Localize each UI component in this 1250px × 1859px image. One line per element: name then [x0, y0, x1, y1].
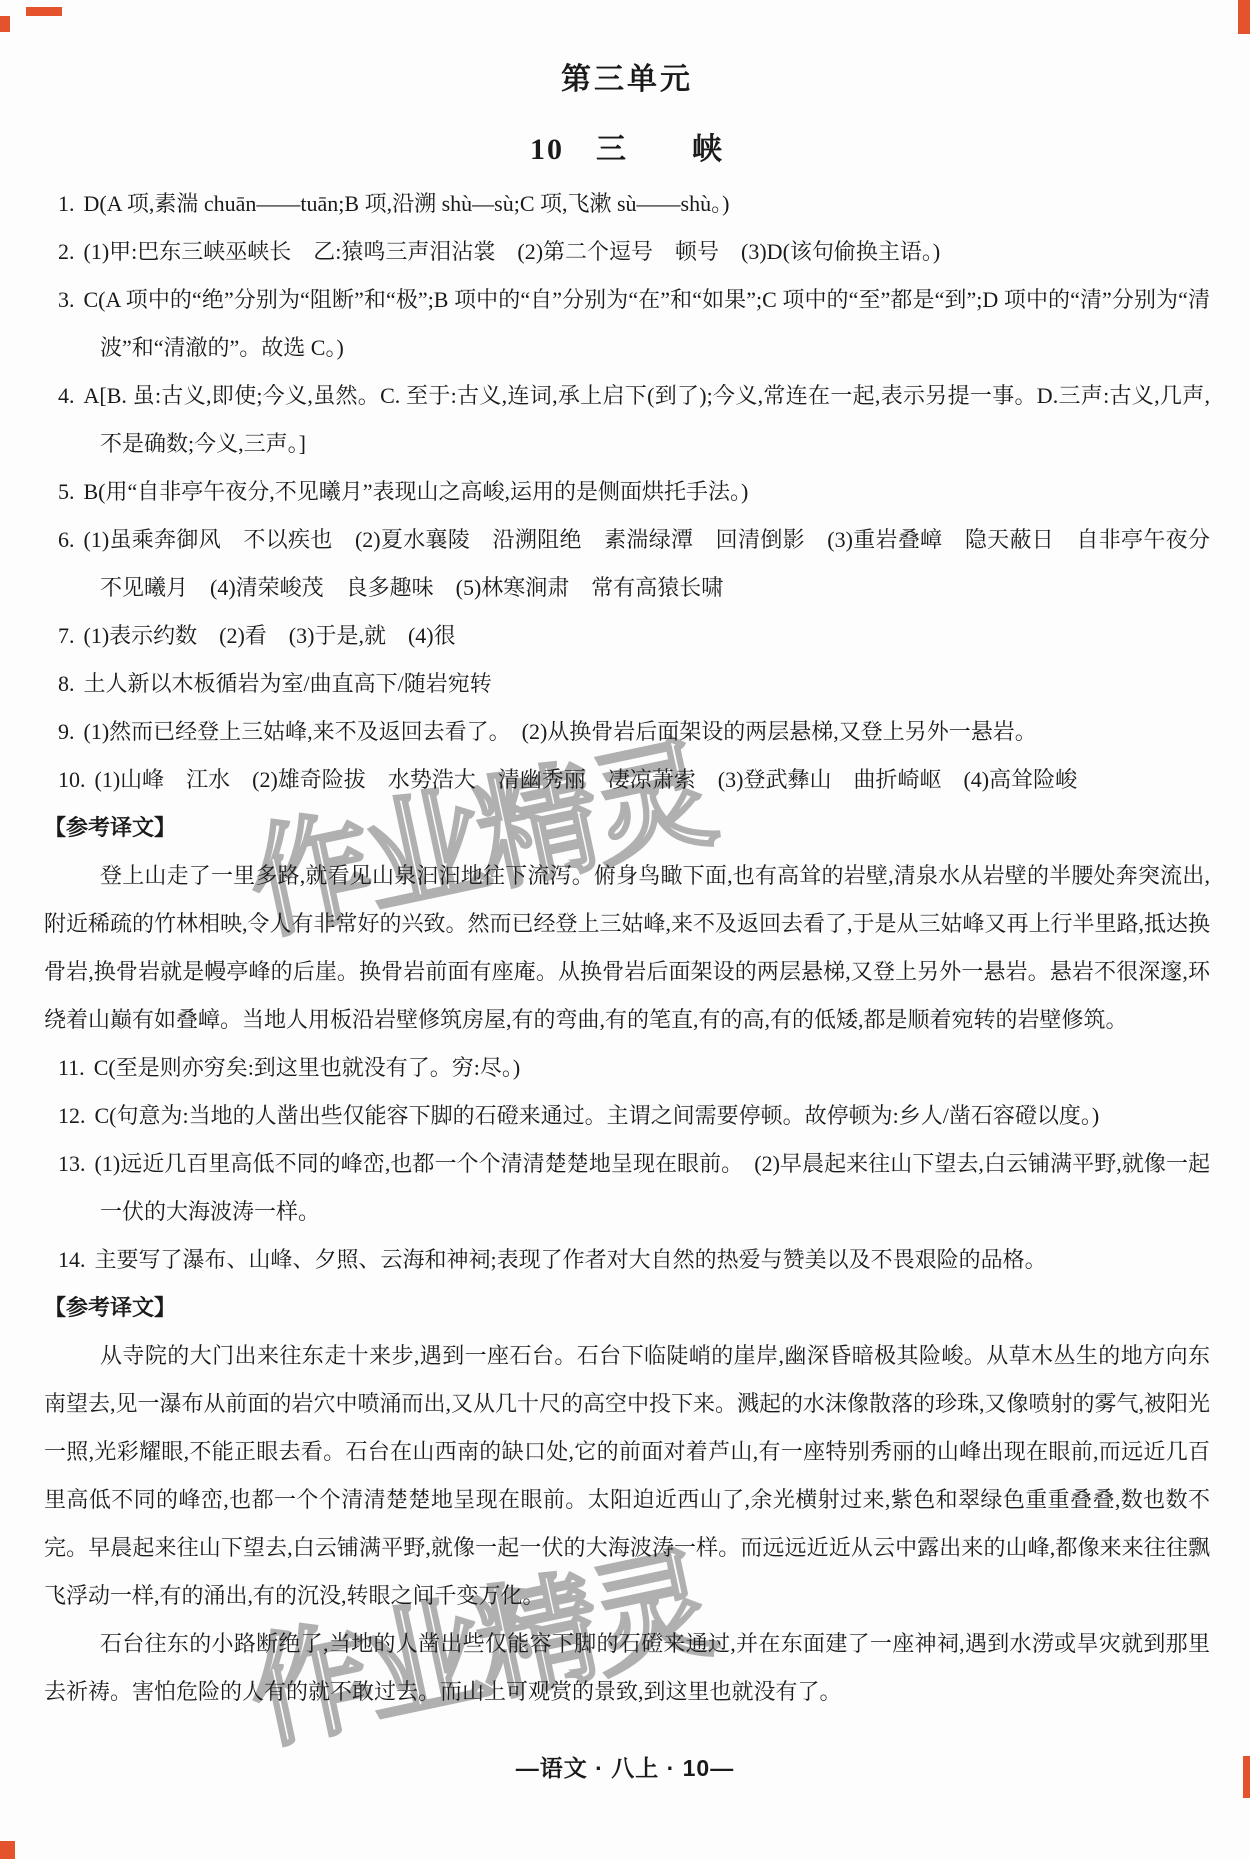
answer-text: (1)虽乘奔御风 不以疾也 (2)夏水襄陵 沿溯阻绝 素湍绿潭 回清倒影 (3)… [84, 527, 1233, 600]
answer-number: 11. [58, 1055, 85, 1080]
translation-heading: 【参考译文】 [44, 1284, 1210, 1332]
translation-heading: 【参考译文】 [44, 804, 1210, 852]
answer-number: 14. [58, 1247, 86, 1272]
answer-text: (1)远近几百里高低不同的峰峦,也都一个个清清楚楚地呈现在眼前。 (2)早晨起来… [95, 1151, 1211, 1224]
crop-mark-left-edge-icon [0, 16, 10, 32]
page-content: 第三单元 10 三 峡 1.D(A 项,素湍 chuān——tuān;B 项,沿… [0, 0, 1250, 1716]
answer-item: 2.(1)甲:巴东三峡巫峡长 乙:猿鸣三声泪沾裳 (2)第二个逗号 顿号 (3)… [58, 228, 1210, 276]
answer-number: 10. [58, 767, 86, 792]
lesson-title: 10 三 峡 [44, 98, 1210, 168]
translation-paragraph: 登上山走了一里多路,就看见山泉汩汩地往下流泻。俯身鸟瞰下面,也有高耸的岩壁,清泉… [44, 852, 1210, 1044]
answer-item: 1.D(A 项,素湍 chuān——tuān;B 项,沿溯 shù—sù;C 项… [58, 180, 1210, 228]
answer-text: (1)表示约数 (2)看 (3)于是,就 (4)很 [84, 623, 456, 648]
crop-mark-top-right-icon [1238, 0, 1250, 34]
answer-text: C(至是则亦穷矣:到这里也就没有了。穷:尽。) [94, 1055, 521, 1080]
answer-text: C(A 项中的“绝”分别为“阻断”和“极”;B 项中的“自”分别为“在”和“如果… [84, 287, 1211, 360]
answer-text: (1)甲:巴东三峡巫峡长 乙:猿鸣三声泪沾裳 (2)第二个逗号 顿号 (3)D(… [84, 239, 941, 264]
answer-item: 8.土人新以木板循岩为室/曲直高下/随岩宛转 [58, 660, 1210, 708]
answer-number: 12. [58, 1103, 86, 1128]
answer-item: 13.(1)远近几百里高低不同的峰峦,也都一个个清清楚楚地呈现在眼前。 (2)早… [58, 1140, 1210, 1236]
answer-text: D(A 项,素湍 chuān——tuān;B 项,沿溯 shù—sù;C 项,飞… [84, 191, 730, 216]
answer-text: A[B. 虽:古义,即使;今义,虽然。C. 至于:古义,连词,承上启下(到了);… [84, 383, 1211, 456]
answer-text: C(句意为:当地的人凿出些仅能容下脚的石磴来通过。主谓之间需要停顿。故停顿为:乡… [95, 1103, 1100, 1128]
crop-mark-bottom-right-icon [1243, 1756, 1250, 1798]
answer-number: 5. [58, 479, 75, 504]
answer-item: 10.(1)山峰 江水 (2)雄奇险拔 水势浩大 清幽秀丽 凄凉萧索 (3)登武… [58, 756, 1210, 804]
answer-number: 13. [58, 1151, 86, 1176]
answer-number: 9. [58, 719, 75, 744]
answer-text: B(用“自非亭午夜分,不见曦月”表现山之高峻,运用的是侧面烘托手法。) [84, 479, 749, 504]
answer-text: (1)山峰 江水 (2)雄奇险拔 水势浩大 清幽秀丽 凄凉萧索 (3)登武彝山 … [95, 767, 1078, 792]
translation-paragraph: 石台往东的小路断绝了,当地的人凿出些仅能容下脚的石磴来通过,并在东面建了一座神祠… [44, 1620, 1210, 1716]
crop-mark-bottom-left-icon [0, 1841, 15, 1859]
unit-title: 第三单元 [44, 0, 1210, 98]
answer-item: 12.C(句意为:当地的人凿出些仅能容下脚的石磴来通过。主谓之间需要停顿。故停顿… [58, 1092, 1210, 1140]
answer-item: 14.主要写了瀑布、山峰、夕照、云海和神祠;表现了作者对大自然的热爱与赞美以及不… [58, 1236, 1210, 1284]
answer-item: 9.(1)然而已经登上三姑峰,来不及返回去看了。 (2)从换骨岩后面架设的两层悬… [58, 708, 1210, 756]
answer-number: 1. [58, 191, 75, 216]
answer-text: (1)然而已经登上三姑峰,来不及返回去看了。 (2)从换骨岩后面架设的两层悬梯,… [84, 719, 1037, 744]
answer-number: 6. [58, 527, 75, 552]
answer-item: 4.A[B. 虽:古义,即使;今义,虽然。C. 至于:古义,连词,承上启下(到了… [58, 372, 1210, 468]
answer-number: 4. [58, 383, 75, 408]
answer-key-page: 作业精灵 作业精灵 第三单元 10 三 峡 1.D(A 项,素湍 chuān——… [0, 0, 1250, 1859]
translation-paragraph: 从寺院的大门出来往东走十来步,遇到一座石台。石台下临陡峭的崖岸,幽深昏暗极其险峻… [44, 1332, 1210, 1620]
answer-item: 5.B(用“自非亭午夜分,不见曦月”表现山之高峻,运用的是侧面烘托手法。) [58, 468, 1210, 516]
answer-text: 主要写了瀑布、山峰、夕照、云海和神祠;表现了作者对大自然的热爱与赞美以及不畏艰险… [95, 1247, 1047, 1272]
answers-section-1: 1.D(A 项,素湍 chuān——tuān;B 项,沿溯 shù—sù;C 项… [44, 168, 1210, 804]
answer-item: 11.C(至是则亦穷矣:到这里也就没有了。穷:尽。) [58, 1044, 1210, 1092]
answer-item: 3.C(A 项中的“绝”分别为“阻断”和“极”;B 项中的“自”分别为“在”和“… [58, 276, 1210, 372]
answer-number: 2. [58, 239, 75, 264]
page-footer: —语文 · 八上 · 10— [0, 1750, 1250, 1783]
answer-item: 7.(1)表示约数 (2)看 (3)于是,就 (4)很 [58, 612, 1210, 660]
crop-mark-top-left-icon [26, 7, 62, 16]
answer-text: 土人新以木板循岩为室/曲直高下/随岩宛转 [84, 671, 492, 696]
answers-section-2: 11.C(至是则亦穷矣:到这里也就没有了。穷:尽。) 12.C(句意为:当地的人… [44, 1044, 1210, 1284]
answer-number: 8. [58, 671, 75, 696]
answer-item: 6.(1)虽乘奔御风 不以疾也 (2)夏水襄陵 沿溯阻绝 素湍绿潭 回清倒影 (… [58, 516, 1210, 612]
answer-number: 3. [58, 287, 75, 312]
answer-number: 7. [58, 623, 75, 648]
